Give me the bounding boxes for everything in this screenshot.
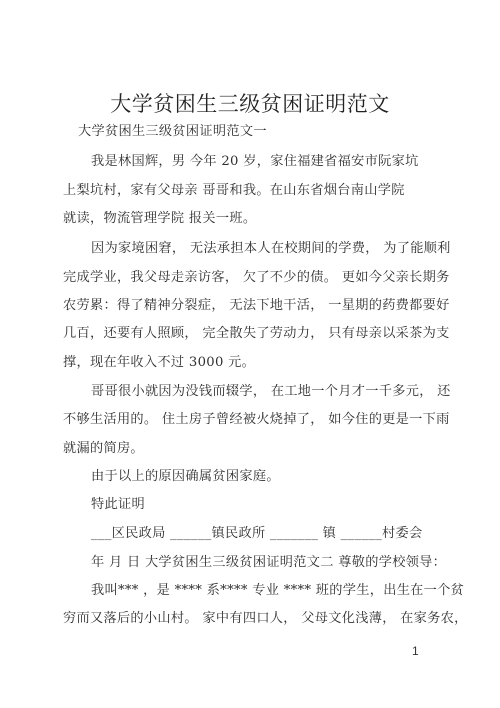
text-line: 特此证明 (91, 493, 145, 512)
text-line: 不够生活用的。 住土房子曾经被火烧掉了， 如今住的更是一下雨 (63, 408, 450, 427)
text-line: 撑，现在年收入不过 3000 元。 (63, 351, 255, 370)
text-line: 穷而又落后的小山村。 家中有四口人， 父母文化浅薄， 在家务农， (63, 607, 468, 626)
text-line: 哥哥很小就因为没钱而辍学， 在工地一个月才一千多元， 还 (91, 380, 451, 399)
text-line: 由于以上的原因确属贫困家庭。 (91, 465, 280, 484)
text-line: 完成学业，我父母走亲访客， 欠了不少的债。 更如今父亲长期务 (63, 266, 450, 285)
text-line: 上梨坑村，家有父母亲 哥哥和我。在山东省烟台南山学院 (63, 179, 405, 198)
text-line: 几百，还要有人照顾， 完全散失了劳动力， 只有母亲以采茶为支 (63, 322, 450, 341)
text-line: 就读，物流管理学院 报关一班。 (63, 207, 256, 226)
document-title: 大学贫困生三级贫困证明范文 (0, 88, 500, 118)
page-number: 1 (412, 644, 419, 658)
text-line: 我叫*** ，是 **** 系**** 专业 **** 班的学生，出生在一个贫 (91, 579, 464, 598)
text-line: 农劳累：得了精神分裂症， 无法下地干活， 一星期的药费都要好 (63, 294, 450, 313)
text-line: 年 月 日 大学贫困生三级贫困证明范文二 尊敬的学校领导： (91, 551, 446, 570)
text-line: 大学贫困生三级贫困证明范文一 (78, 120, 267, 139)
text-line: 就漏的简房。 (63, 437, 144, 456)
text-line: 我是林国辉，男 今年 20 岁，家住福建省福安市阮家坑 (91, 150, 419, 169)
text-line: 因为家境困窘， 无法承担本人在校期间的学费， 为了能顺利 (91, 237, 451, 256)
text-line: ___区民政局 ______镇民政所 _______ 镇 ______村委会 (91, 522, 422, 541)
document-page: 大学贫困生三级贫困证明范文 大学贫困生三级贫困证明范文一我是林国辉，男 今年 2… (0, 0, 500, 708)
